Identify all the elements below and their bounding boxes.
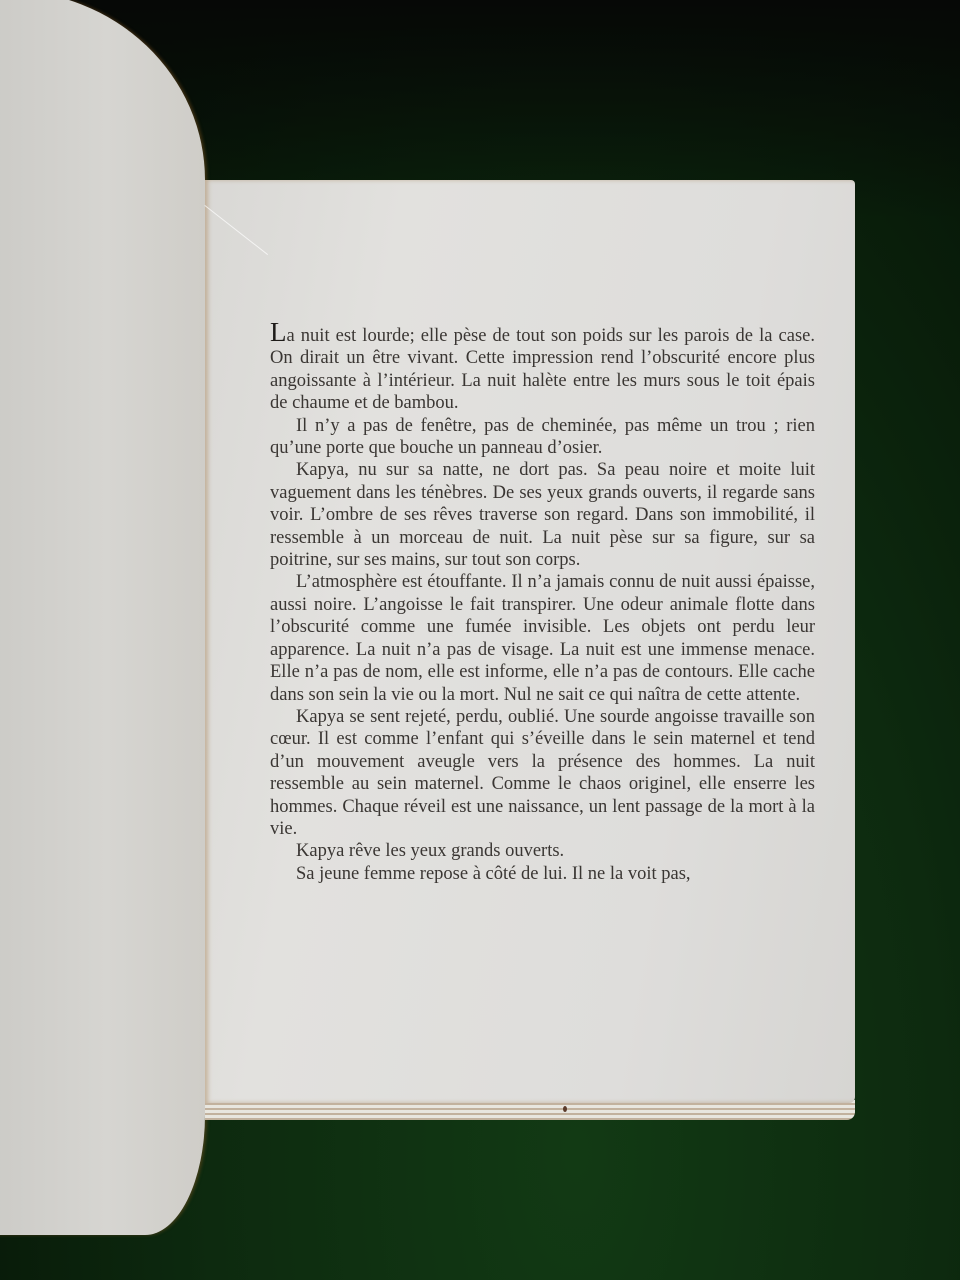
paragraph-5: Kapya se sent rejeté, perdu, oublié. Une…	[270, 706, 815, 840]
paragraph-7: Sa jeune femme repose à côté de lui. Il …	[270, 863, 815, 885]
drop-cap: L	[270, 317, 287, 347]
paragraph-6: Kapya rêve les yeux grands ouverts.	[270, 840, 815, 862]
page-text: La nuit est lourde; elle pèse de tout so…	[270, 322, 815, 885]
left-page	[0, 0, 205, 1235]
page-edges	[205, 1100, 855, 1120]
paragraph-2: Il n’y a pas de fenêtre, pas de cheminée…	[270, 415, 815, 460]
paragraph-4: L’atmosphère est étouffante. Il n’a jama…	[270, 571, 815, 705]
paper-spot	[563, 1106, 567, 1112]
paragraph-1: La nuit est lourde; elle pèse de tout so…	[270, 322, 815, 415]
paragraph-3: Kapya, nu sur sa natte, ne dort pas. Sa …	[270, 459, 815, 571]
